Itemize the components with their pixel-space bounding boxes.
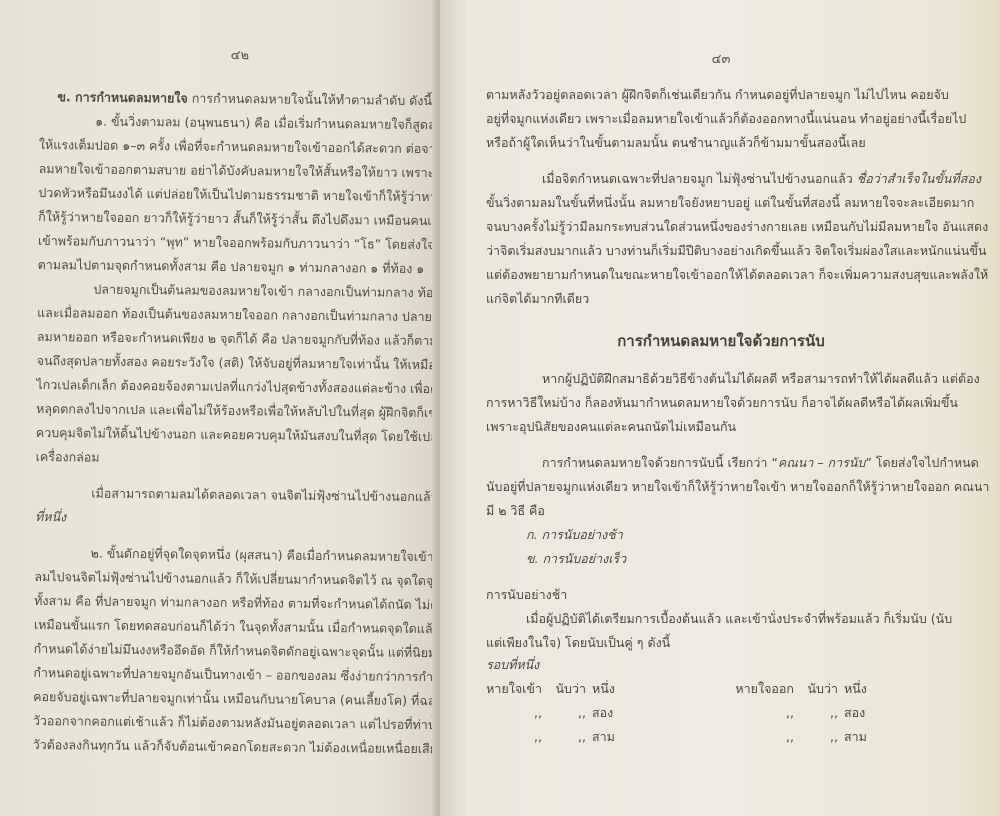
text-line: แต่ต้องพยายามกำหนดในขณะหายใจเข้าออกให้ได… [486,263,1000,287]
text-line: วัวต้องลงกินทุกวัน แล้วก็จับต้อนเข้าคอกโ… [33,733,431,761]
text-line: ขั้นวิ่งตามลมในขั้นที่หนึ่งนั้น ลมหายใจย… [486,191,1000,215]
table-cell: หนึ่ง [844,677,884,701]
text-line: เพราะอุปนิสัยของคนแต่ละคนถนัดไม่เหมือนกั… [486,415,1000,439]
table-cell: ,, [548,701,592,725]
spacer [486,155,1000,167]
text-line: เมื่อสามารถตามลมได้ตลอดเวลา จนจิตไม่ฟุ้ง… [35,481,433,509]
text-span: เมื่อจิตกำหนดเฉพาะที่ปลายจมูก ไม่ฟุ้งซ่า… [542,171,857,186]
text-span: ” โดยส่งใจไปกำหนด [865,455,978,470]
table-cell: ,, [732,725,800,749]
section-label: ข. การกำหนดลมหายใจ [57,89,188,105]
table-cell: นับว่า [800,677,844,701]
section-heading: การกำหนดลมหายใจด้วยการนับ [486,329,956,353]
left-page: ๔๒ ข. การกำหนดลมหายใจ การกำหนดลมหายใจนั้… [0,0,438,816]
right-page: ๔๓ ตามหลังวัวอยู่ตลอดเวลา ผู้ฝึกจิตก็เช่… [440,0,1000,816]
open-book-spread: ๔๒ ข. การกำหนดลมหายใจ การกำหนดลมหายใจนั้… [0,0,1000,816]
text-line: หรือถ้าผู้ใดเห็นว่าในขั้นตามลมนั้น ตนชำน… [486,131,1000,155]
emphasis-text: ชื่อว่าสำเร็จในขั้นที่สอง [857,171,981,186]
round-label: รอบที่หนึ่ง [486,655,1000,675]
page-number-left: ๔๒ [40,42,438,67]
text-line: เมื่อจิตกำหนดเฉพาะที่ปลายจมูก ไม่ฟุ้งซ่า… [486,167,1000,191]
method-item: ข. การนับอย่างเร็ว [486,547,1000,571]
method-item: ก. การนับอย่างช้า [486,523,1000,547]
text-line: เมื่อผู้ปฏิบัติได้เตรียมการเบื้องต้นแล้ว… [486,607,1000,631]
table-cell: หายใจออก [732,677,800,701]
text-line: การกำหนดลมหายใจด้วยการนับนี้ เรียกว่า “ค… [486,451,1000,475]
text-line: ตามหลังวัวอยู่ตลอดเวลา ผู้ฝึกจิตก็เช่นเด… [486,83,1000,107]
page-number-right: ๔๓ [486,48,956,69]
text-line: แต่เพียงในใจ) โดยนับเป็นคู่ ๆ ดังนี้ [486,631,1000,655]
table-cell: นับว่า [548,677,592,701]
text-line: เครื่องกล่อม [36,445,434,473]
spacer [486,439,1000,451]
spacer [486,571,1000,583]
table-cell: ,, [732,701,800,725]
text-line: มี ๒ วิธี คือ [486,499,1000,523]
text-line: อยู่ที่จมูกแห่งเดียว เพราะเมื่อลมหายใจเข… [486,107,1000,131]
table-cell: สอง [592,701,732,725]
table-row: ,, ,, สอง ,, ,, สอง [486,701,1000,725]
table-cell: ,, [486,725,548,749]
table-cell: ,, [548,725,592,749]
table-cell: หายใจเข้า [486,677,548,701]
table-cell: หนึ่ง [592,677,732,701]
text-span: การกำหนดลมหายใจด้วยการนับนี้ เรียกว่า “ [542,455,778,470]
table-row: ,, ,, สาม ,, ,, สาม [486,725,1000,749]
section-intro-text: การกำหนดลมหายใจนั้นให้ทำตามลำดับ ดังนี้ [192,91,432,109]
subheading: การนับอย่างช้า [486,583,1000,607]
text-line: นับอยู่ที่ปลายจมูกแห่งเดียว หายใจเข้าก็ใ… [486,475,1000,499]
table-cell: ,, [486,701,548,725]
text-line: การหาวิธีใหม่บ้าง ก็ลองหันมากำหนดลมหายใจ… [486,391,1000,415]
text-line: แก่จิตได้มากทีเดียว [486,287,1000,311]
counting-table: หายใจเข้า นับว่า หนึ่ง หายใจออก นับว่า ห… [486,677,1000,749]
text-line: หากผู้ปฏิบัติฝึกสมาธิด้วยวิธีข้างต้นไม่ไ… [486,367,1000,391]
text-line: จนบางครั้งไม่รู้ว่ามีลมกระทบส่วนใดส่วนหน… [486,215,1000,239]
table-cell: ,, [800,701,844,725]
table-row: หายใจเข้า นับว่า หนึ่ง หายใจออก นับว่า ห… [486,677,1000,701]
table-cell: ,, [800,725,844,749]
table-cell: สอง [844,701,884,725]
emphasis-text: คณนา – การนับ [778,455,866,470]
text-line: ว่าจิตเริ่มสงบมากแล้ว บางท่านก็เริ่มมีปี… [486,239,1000,263]
table-cell: สาม [844,725,884,749]
table-cell: สาม [592,725,732,749]
